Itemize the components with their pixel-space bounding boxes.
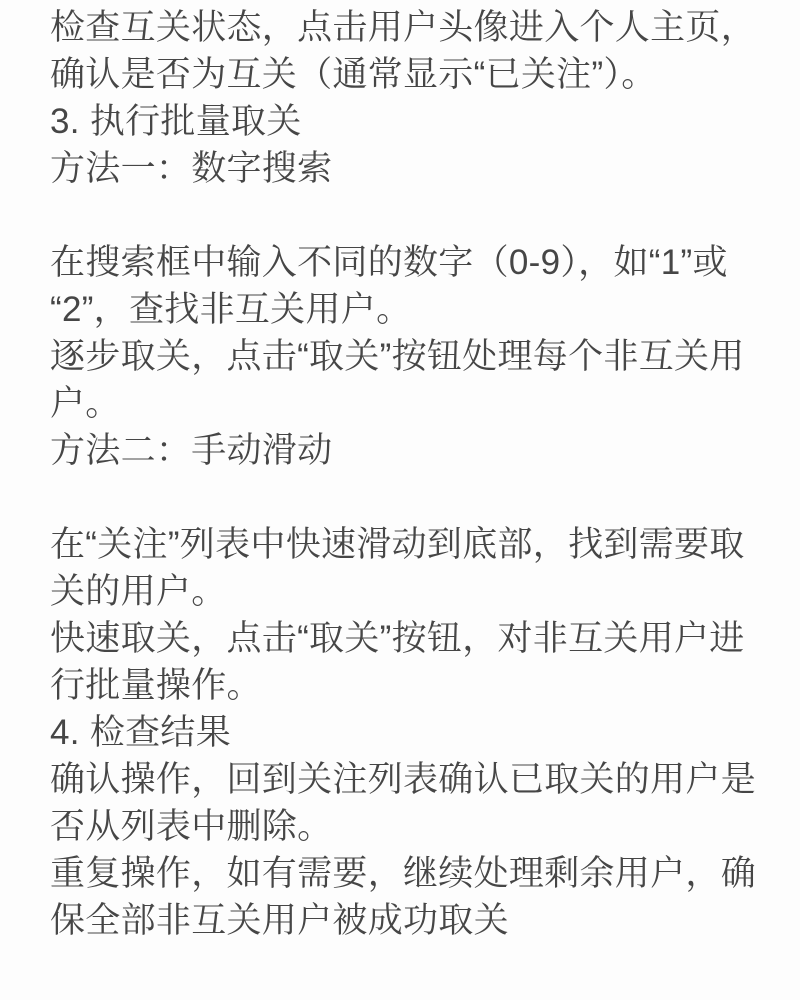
text-line: 确认是否为互关（通常显示“已关注”）。 [50, 51, 760, 98]
text-line: 方法一：数字搜索 [50, 145, 760, 192]
blank-line [50, 192, 760, 239]
text-line: 逐步取关，点击“取关”按钮处理每个非互关用 [50, 333, 760, 380]
text-line: 重复操作，如有需要，继续处理剩余用户，确 [50, 850, 760, 897]
text-line: 户。 [50, 380, 760, 427]
text-line: 保全部非互关用户被成功取关 [50, 897, 760, 944]
text-line: 检查互关状态，点击用户头像进入个人主页， [50, 4, 760, 51]
article-text-block: 检查互关状态，点击用户头像进入个人主页，确认是否为互关（通常显示“已关注”）。3… [50, 4, 760, 944]
text-line: 3. 执行批量取关 [50, 98, 760, 145]
text-line: 4. 检查结果 [50, 709, 760, 756]
text-line: 确认操作，回到关注列表确认已取关的用户是 [50, 756, 760, 803]
text-line: 在搜索框中输入不同的数字（0-9），如“1”或 [50, 239, 760, 286]
text-line: 否从列表中删除。 [50, 803, 760, 850]
text-line: 关的用户。 [50, 568, 760, 615]
text-line: 行批量操作。 [50, 662, 760, 709]
text-line: “2”，查找非互关用户。 [50, 286, 760, 333]
text-line: 方法二：手动滑动 [50, 427, 760, 474]
blank-line [50, 474, 760, 521]
text-line: 快速取关，点击“取关”按钮，对非互关用户进 [50, 615, 760, 662]
text-line: 在“关注”列表中快速滑动到底部，找到需要取 [50, 521, 760, 568]
